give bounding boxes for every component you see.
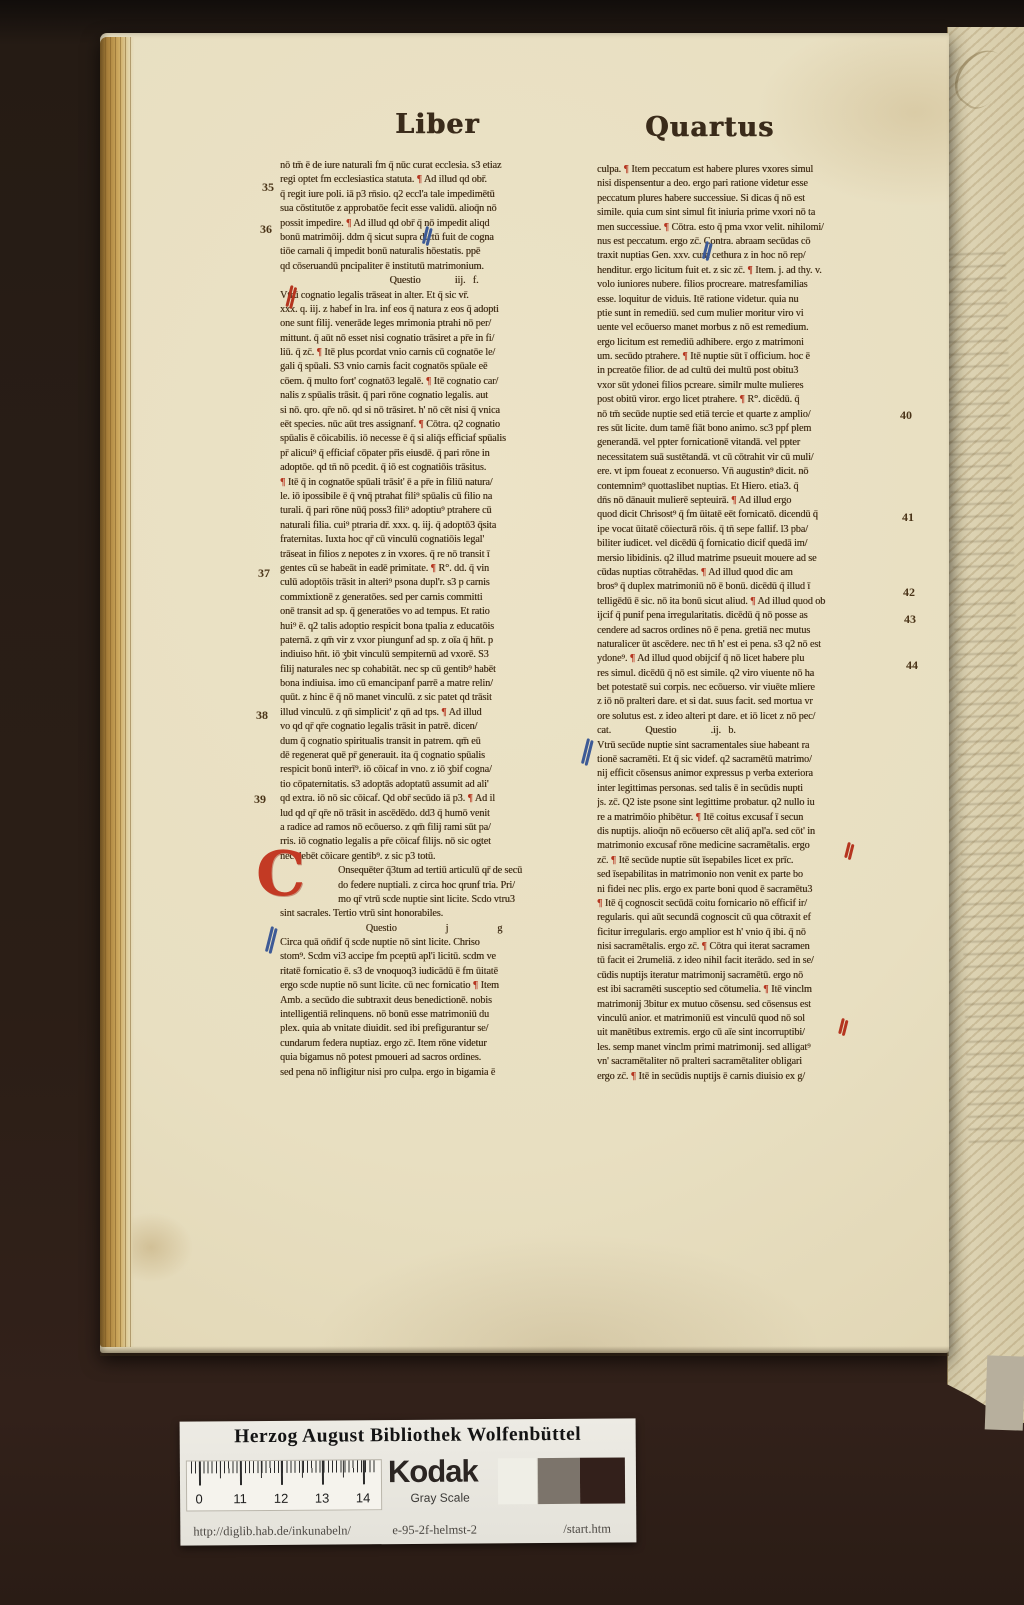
margin-question-number: 39 <box>254 792 266 807</box>
text-line: ore solutus est. z ideo alteri pt dare. … <box>597 710 905 724</box>
text-line: generandā. vel ppter fornicationē vitand… <box>597 436 905 450</box>
text-line: men successiue. ¶ Cōtra. esto q̄ pma vxo… <box>597 221 905 235</box>
text-line: quūt. z hinc ē q̄ nō manet vinculū. z si… <box>280 691 588 705</box>
text-line: Questio iij. f. <box>280 274 588 288</box>
ruler-cm-tick <box>199 1461 201 1485</box>
url-row: http://diglib.hab.de/inkunabeln/ e-95-2f… <box>180 1521 636 1540</box>
text-line: mittunt. q̄ aūt nō esset nisi cognatio t… <box>280 332 588 346</box>
text-line: simile. quia cum sint simul fit iniuria … <box>597 206 905 220</box>
text-line: cundarum federa nuptiaz. ergo zc̄. Item … <box>280 1037 588 1051</box>
text-line: contemnim⁹ quottaslibet nuptias. Et Hier… <box>597 480 905 494</box>
text-line: ficitur irregularis. ergo amplior est h'… <box>597 926 905 940</box>
text-line: sua cōstitutōe z approbatōe fecit esse v… <box>280 202 588 216</box>
text-line: post obitū viror. ergo licet ptrahere. ¶… <box>597 393 905 407</box>
margin-question-number: 36 <box>260 222 272 237</box>
text-line: ritatē fornicatio ē. s3 de vnoquoq3 iudi… <box>280 965 588 979</box>
text-line: adoptōe. qd tn̄ nō pcedit. q̄ iō est cog… <box>280 461 588 475</box>
margin-question-number: 35 <box>262 180 274 195</box>
text-line: inter legittimas personas. sed talis ē i… <box>597 782 905 796</box>
text-line: biliter iudicet. vel dicēdū q̄ fornicati… <box>597 537 905 551</box>
ruler: 011121314 <box>186 1459 382 1511</box>
ruler-half-tick <box>342 1460 344 1477</box>
text-line: possit impedire. ¶ Ad illud qd obr̄ q̄ n… <box>280 217 588 231</box>
text-line: cat. Questio .ij. b. <box>597 724 905 738</box>
text-line: qd extra. iō nō sic cōicaf. Qd obr̄ secū… <box>280 792 588 806</box>
text-line: mo qr̄ vtrū scde nuptie sint licite. Scd… <box>280 893 588 907</box>
text-line: trāseat in filios z nepotes z in vxores.… <box>280 548 588 562</box>
text-line: xxx. q. iij. z habef in lra. inf eos q̄ … <box>280 303 588 317</box>
text-line: turali. q̄ pari rōne nūq̄ poss3 fili⁹ ad… <box>280 504 588 518</box>
text-line: nisi sacramētalis. ergo zc̄. ¶ Cōtra qui… <box>597 940 905 954</box>
text-line: bet potestatē sui corpis. nec ecōuerso. … <box>597 681 905 695</box>
ruler-half-tick <box>219 1461 221 1478</box>
kodak-brand-label: Kodak <box>388 1457 478 1488</box>
text-line: gentes cū se habeāt in eadē primitate. ¶… <box>280 562 588 576</box>
text-column-right: culpa. ¶ Item peccatum est habere plures… <box>597 163 905 1084</box>
text-line: volo iuniores nubere. filios procreare. … <box>597 278 905 292</box>
text-line: dum q̄ cognatio spiritualis transit in p… <box>280 735 588 749</box>
margin-question-number: 44 <box>906 658 918 673</box>
margin-question-number: 38 <box>256 708 268 723</box>
text-line: nō tm̄ secūde nuptie sed etiā tercie et … <box>597 408 905 422</box>
text-line: les. semp manet vinclm primi matrimonij.… <box>597 1041 905 1055</box>
text-line: zc̄. ¶ Itē secūde nuptie sūt īsepabiles … <box>597 854 905 868</box>
text-line: necessitatem suā sustētandā. vt cū cōtra… <box>597 451 905 465</box>
text-line: ergo licitum est remediū adhibere. ergo … <box>597 336 905 350</box>
ruler-cm-tick <box>240 1461 242 1485</box>
text-line: ere. vt ipm foueat z econuerso. Vn̄ augu… <box>597 465 905 479</box>
text-line: telligēdū ē sic. nō ita bonū sicut aliud… <box>597 595 905 609</box>
text-line: js. zc̄. Q2 iste psone sint legittime pr… <box>597 796 905 810</box>
text-line: qd cōseruandū pncipaliter ē institutū ma… <box>280 260 588 274</box>
text-line: esse. loquitur de viduis. Itē ratione vi… <box>597 293 905 307</box>
running-header-quartus: Quartus <box>645 112 774 143</box>
text-line: nalis z spūalis trāsit. q̄ pari rōne cog… <box>280 389 588 403</box>
text-line: dē regenerat quē pr̄ generauit. ita q̄ c… <box>280 749 588 763</box>
text-line: culū adoptōis trāsit in alteri⁹ psona du… <box>280 576 588 590</box>
showthrough-text-texture <box>943 241 1024 1142</box>
gray-scale-patches <box>498 1457 625 1504</box>
ruler-half-tick <box>260 1461 262 1478</box>
text-line: sint sacrales. Tertio vtrū sint honorabi… <box>280 907 588 921</box>
fore-edge-page-stack <box>947 27 1024 1432</box>
text-line: commixtionē z generatōes. sed per carnis… <box>280 591 588 605</box>
text-line: vinculū anior. et matrimoniū est vinculū… <box>597 1012 905 1026</box>
text-line: est ibi sacramēti susceptio sed cōtumeli… <box>597 983 905 997</box>
text-line: nisi dispensentur a deo. ergo pari ratio… <box>597 177 905 191</box>
text-line: re a matrimōio phibētur. ¶ Itē coitus ex… <box>597 811 905 825</box>
text-line: tionē sacramēti. Et q̄ sic videf. q2 sac… <box>597 753 905 767</box>
text-line: sed īsepabilitas in matrimonio non venit… <box>597 868 905 882</box>
text-line: do federe nuptiali. z circa hoc qrunf tr… <box>280 879 588 893</box>
text-line: culpa. ¶ Item peccatum est habere plures… <box>597 163 905 177</box>
library-name-label: Herzog August Bibliothek Wolfenbüttel <box>180 1423 636 1448</box>
text-line: spūalis ē cōicabilis. iō necesse ē q̄ si… <box>280 432 588 446</box>
text-line: Vtrū cognatio legalis trāseat in alter. … <box>280 289 588 303</box>
text-line: regi optet fm ecclesiastica statuta. ¶ A… <box>280 173 588 187</box>
text-line: matrimonij 3bitur ex mutuo cōsensu. sed … <box>597 998 905 1012</box>
text-line: le. iō ipossibile ē q̄ vnq̄ ptrahat fili… <box>280 490 588 504</box>
text-line: tio cōpaternitatis. s3 adoptās adoptatū … <box>280 778 588 792</box>
ruler-cm-tick <box>281 1461 283 1485</box>
text-line: dn̄s nō dānauit mulierē septeuirā. ¶ Ad … <box>597 494 905 508</box>
text-line: q̄ regit iure poli. iā p3 rn̄sio. q2 ecc… <box>280 188 588 202</box>
text-line: ¶ Itē q̄ cognoscit secūdā coitu fornicar… <box>597 897 905 911</box>
text-line: mersio libidinis. q2 illud matrime psueu… <box>597 552 905 566</box>
gray-scale-label: Gray Scale <box>388 1490 492 1505</box>
running-header-liber: Liber <box>395 109 480 140</box>
text-line: traxit nuptias Gen. xxv. cum cethura z i… <box>597 249 905 263</box>
margin-question-number: 43 <box>904 612 916 627</box>
text-line: respicit bonū interī⁹. iō cōicaf in vno.… <box>280 763 588 777</box>
text-line: quia bigamus nō potest pmoueri ad sacros… <box>280 1051 588 1065</box>
text-line: liū. q̄ zc̄. ¶ Itē plus pcordat vnio car… <box>280 346 588 360</box>
text-line: henditur. ergo licitum fuit et. z sic zc… <box>597 264 905 278</box>
ruler-cm-tick <box>363 1460 365 1484</box>
text-column-left: nō tm̄ ē de iure naturali fm q̄ nūc cura… <box>280 159 588 1080</box>
text-line: naturalicer ūt ascēdere. nec tn̄ h' est … <box>597 638 905 652</box>
text-line: onē transit ad sp. q̄ generatōes vo ad t… <box>280 605 588 619</box>
text-line: eēt species. nūc aūt tres assignanf. ¶ C… <box>280 418 588 432</box>
url-start-page: /start.htm <box>563 1522 611 1537</box>
text-line: ergo zc̄. ¶ Itē in secūdis nuptijs ē car… <box>597 1070 905 1084</box>
margin-question-number: 40 <box>900 408 912 423</box>
page-corner-fragment <box>985 1355 1024 1430</box>
text-line: fraternitas. Iuxta hoc qr̄ cū vinculū co… <box>280 533 588 547</box>
text-line: uit manētibus extremis. ergo cū aīe sint… <box>597 1026 905 1040</box>
text-line: tū facit ei 2rumeliā. z ideo nihil facit… <box>597 954 905 968</box>
text-line: quod dicit Chrisost⁹ q̄ fm ūitatē eēt fo… <box>597 508 905 522</box>
text-line: vo qd qr̄ qr̄e cognatio legalis trāsit i… <box>280 720 588 734</box>
text-line: ijcif q̄ punif pena irregularitatis. dic… <box>597 609 905 623</box>
ruler-half-tick <box>301 1461 303 1478</box>
gray-scale-patch <box>580 1457 625 1503</box>
text-line: bona indiuisa. imo cū emancipanf parrē a… <box>280 677 588 691</box>
margin-question-number: 37 <box>258 566 270 581</box>
text-line: illud vinculū. z qn̄ simplicit' z qn̄ ad… <box>280 706 588 720</box>
url-base: http://diglib.hab.de/inkunabeln/ <box>193 1523 351 1539</box>
text-line: res simul. dicēdū q̄ nō est simile. q2 v… <box>597 667 905 681</box>
text-line: ¶ Itē q̄ in cognatōe spūali trāsit' ē a … <box>280 476 588 490</box>
margin-question-number: 42 <box>903 585 915 600</box>
text-line: stom⁹. Scdm vi3 accipe fm pceptū apl'i l… <box>280 950 588 964</box>
scan-photo: Liber Quartus nō tm̄ ē de iure naturali … <box>0 0 1024 1605</box>
text-line: a radice ad ramos nō ecōuerso. z qm̄ fil… <box>280 821 588 835</box>
text-line: sed pena nō infligitur nisi pro culpa. e… <box>280 1066 588 1080</box>
text-line: indiuiso hn̄t. iō ʒbit vinculū sempitern… <box>280 648 588 662</box>
ruler-number: 11 <box>233 1491 247 1506</box>
text-line: ni fidei nec plis. ergo ex parte boni qu… <box>597 883 905 897</box>
text-line: naturali filia. cui⁹ ptraria dr̄. xxx. q… <box>280 519 588 533</box>
text-line: tiōe carnali q̄ impedit bonū naturalis h… <box>280 245 588 259</box>
text-line: uente vel ecōuerso manet morbus z nō est… <box>597 321 905 335</box>
text-line: vn' sacramētaliter nō pralteri sacramēta… <box>597 1055 905 1069</box>
text-line: nō tm̄ ē de iure naturali fm q̄ nūc cura… <box>280 159 588 173</box>
text-line: z iō nō pralteri dare. et si dat. suus f… <box>597 695 905 709</box>
text-line: cōem. q̄ multo fort' cognatō3 legalē. ¶ … <box>280 375 588 389</box>
text-line: Questio j g <box>280 922 588 936</box>
text-line: vxor sūt ydonei filios pcreare. similr m… <box>597 379 905 393</box>
text-line: ipe vocat ūitatē cōiecturā rōis. q̄ tn̄ … <box>597 523 905 537</box>
text-line: bros⁹ q̄ duplex matrimoniū nō ē bonū. di… <box>597 580 905 594</box>
rubricated-initial: C <box>256 845 305 903</box>
text-line: um. secūdo ptrahere. ¶ Itē nuptie sūt ī … <box>597 350 905 364</box>
text-line: ptie sunt in remediū. sed cum mulier mor… <box>597 307 905 321</box>
gray-scale-patch <box>498 1458 538 1504</box>
text-line: gali q̄ spūali. S3 vnio carnis facit cog… <box>280 360 588 374</box>
text-line: plex. quia ab vnitate diuidit. sed ibi p… <box>280 1022 588 1036</box>
ruler-number: 0 <box>195 1491 202 1506</box>
text-line: Onsequēter q̄3tum ad tertiū articulū qr̄… <box>280 864 588 878</box>
text-line: one sunt filij. venerāde leges mrimonia … <box>280 317 588 331</box>
text-line: pr̄ alicui⁹ q̄ efficiaf cōpater pr̄is ei… <box>280 447 588 461</box>
text-line: si nō. qro. qr̄e nō. qd si nō trāsiret. … <box>280 404 588 418</box>
text-line: bonū matrimōij. ddm q̄ sicut supra dictū… <box>280 231 588 245</box>
text-line: matrimonio excusaf rōne medicine sacramē… <box>597 839 905 853</box>
margin-question-number: 41 <box>902 510 914 525</box>
text-line: in pcreatōe filior. de ad cultū dei mult… <box>597 364 905 378</box>
text-line: nij efficit cōsensus animor expressus p … <box>597 767 905 781</box>
text-line: nus est peccatum. ergo zc̄. Contra. abra… <box>597 235 905 249</box>
text-line: dis nuptijs. alioq̄n nō ecōuerso cēt ali… <box>597 825 905 839</box>
ruler-cm-tick <box>322 1461 324 1485</box>
text-line: ergo scde nuptie nō sunt licite. cū nec … <box>280 979 588 993</box>
text-line: lud qd qr̄ qr̄e nō trāsit in ascēdēdo. d… <box>280 807 588 821</box>
text-line: Amb. a secūdo die subtraxit deus benedic… <box>280 994 588 1008</box>
book-page: Liber Quartus nō tm̄ ē de iure naturali … <box>100 33 949 1353</box>
gray-scale-patch <box>538 1458 580 1504</box>
ruler-number: 13 <box>315 1491 330 1506</box>
text-line: rris. iō cognatio legalis a pr̄e cōicaf … <box>280 835 588 849</box>
ruler-number: 14 <box>356 1490 371 1505</box>
calibration-strip: Herzog August Bibliothek Wolfenbüttel 01… <box>180 1418 637 1545</box>
text-line: intelligentiā relinquens. nō bonū esse m… <box>280 1008 588 1022</box>
text-line: regularis. qui aūt secundā cognoscit cū … <box>597 911 905 925</box>
text-line: peccatum plures habere successiue. Si di… <box>597 192 905 206</box>
text-line: hui⁹ ē. q2 talis adoptio respicit bona t… <box>280 620 588 634</box>
text-line: Vtrū secūde nuptie sint sacramentales si… <box>597 739 905 753</box>
text-line: ydone⁹. ¶ Ad illud quod obijcif q̄ nō li… <box>597 652 905 666</box>
text-line: res sūt licite. dum tamē fiāt bono animo… <box>597 422 905 436</box>
text-line: paternā. z qm̄ vir z vxor piungunf ad sp… <box>280 634 588 648</box>
shelfmark: e-95-2f-helmst-2 <box>392 1523 477 1539</box>
text-line: cūdis nuptijs iteratur matrimonij sacram… <box>597 969 905 983</box>
text-line: cendere ad sacros ordines nō ē pena. gre… <box>597 624 905 638</box>
ruler-number: 12 <box>274 1491 289 1506</box>
text-line: filij naturales nec sp cohabitāt. nec sp… <box>280 663 588 677</box>
text-line: Circa quā on̄dif q̄ scde nuptie nō sint … <box>280 936 588 950</box>
text-line: nec debēt cōicare gentib⁹. z sic p3 totū… <box>280 850 588 864</box>
text-line: cūdas nuptias cōtrahēdas. ¶ Ad illud quo… <box>597 566 905 580</box>
